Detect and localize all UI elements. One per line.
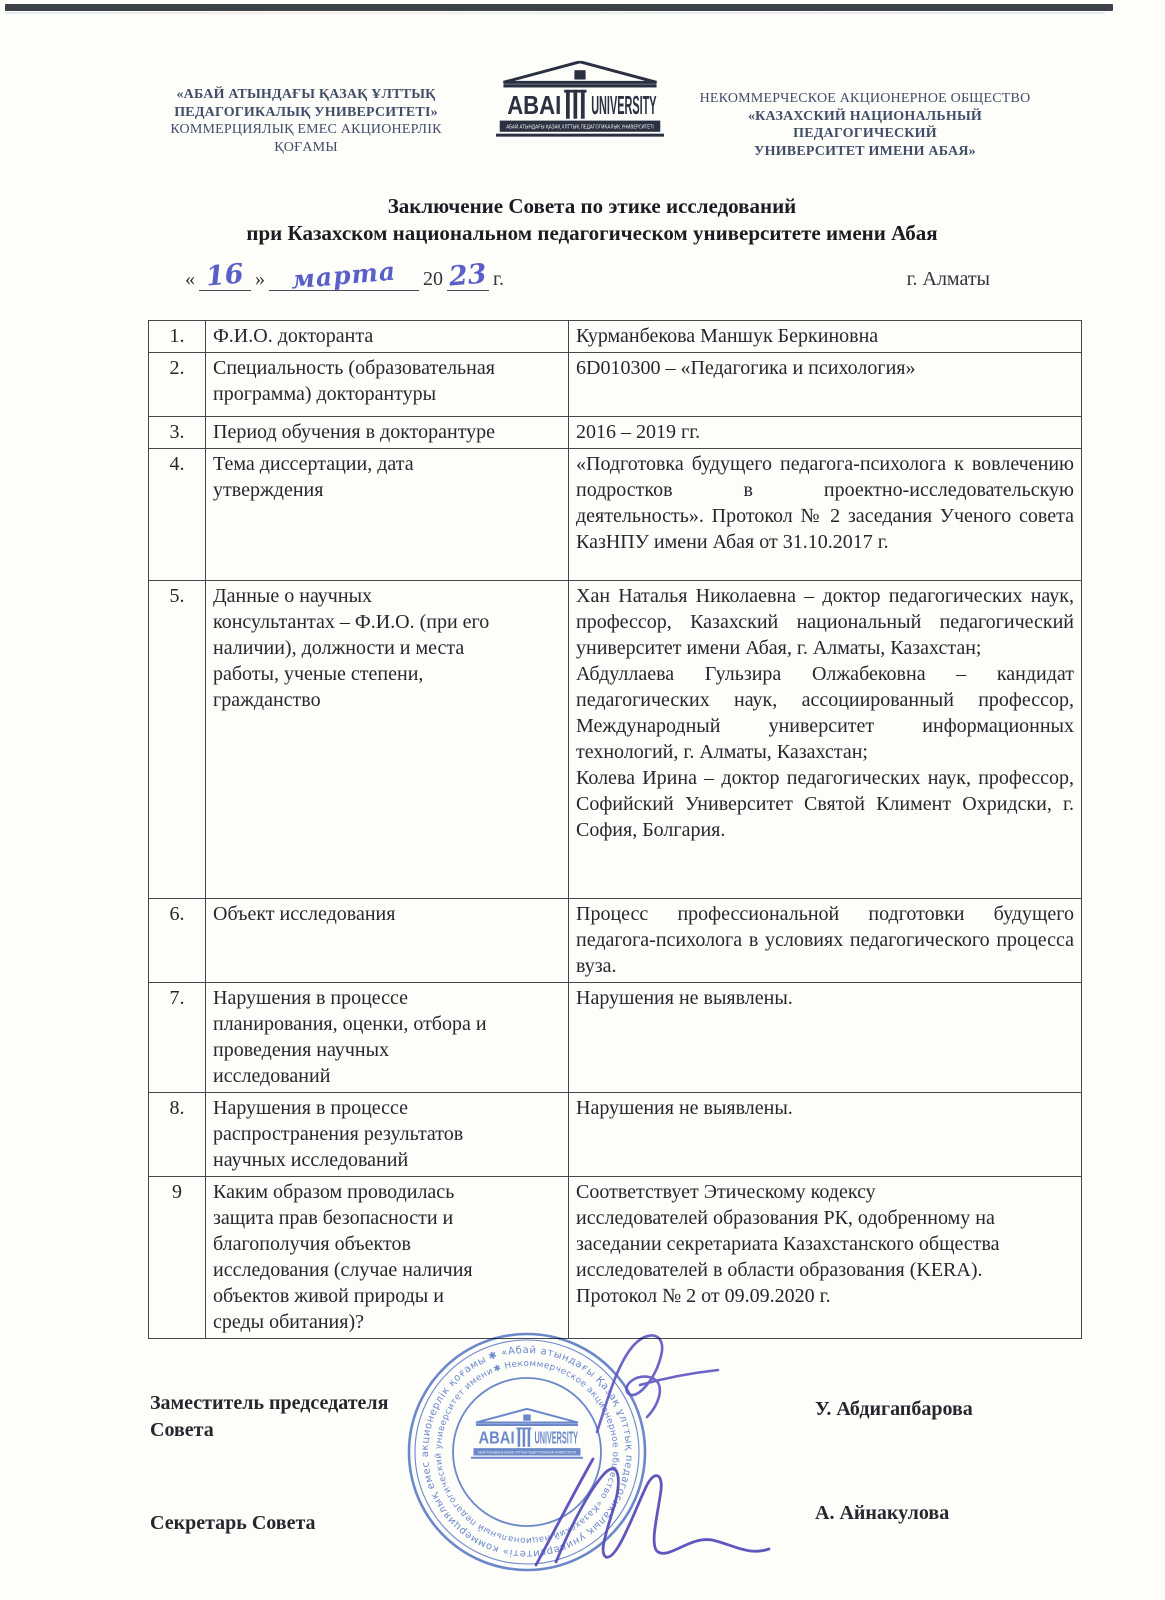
handwritten-month: марта: [291, 261, 397, 290]
university-logo: [496, 60, 664, 142]
row-value-cell: 2016 – 2019 гг.: [569, 417, 1082, 449]
row-number-cell: 8.: [149, 1093, 206, 1177]
date-line: « 16 » марта 20 23 г. г. Алматы: [148, 266, 1036, 291]
org-russian-line3: УНИВЕРСИТЕТ ИМЕНИ АБАЯ»: [692, 143, 1038, 161]
stamp-building-icon: [471, 1409, 583, 1459]
scan-artifact-top-edge: [5, 4, 1113, 11]
deputy-chair-title: Заместитель председателя Совета: [150, 1390, 450, 1444]
org-kazakh-line1: «АБАЙ АТЫНДАҒЫ ҚАЗАҚ ҰЛТТЫҚ: [148, 86, 464, 104]
row-value-cell: Соответствует Этическому кодексу исследо…: [569, 1177, 1082, 1339]
row-number-cell: 4.: [149, 449, 206, 581]
table-row: 4. Тема диссертации, дата утверждения «П…: [149, 449, 1082, 581]
row-label-cell: Каким образом проводилась защита прав бе…: [206, 1177, 569, 1339]
signature-deputy-chair: [597, 1335, 718, 1432]
row-value-cell: Процесс профессиональной подготовки буду…: [569, 899, 1082, 983]
table-row: 5. Данные о научных консультантах – Ф.И.…: [149, 581, 1082, 899]
row-number-cell: 1.: [149, 321, 206, 353]
org-russian-line2: «КАЗАХСКИЙ НАЦИОНАЛЬНЫЙ ПЕДАГОГИЧЕСКИЙ: [692, 108, 1038, 143]
row-label-cell: Период обучения в докторантуре: [206, 417, 569, 449]
svg-text:✱ «Абай атындағы Қазақ ұлттық: ✱ «Абай атындағы Қазақ ұлттық педагогика…: [388, 1313, 667, 1592]
row-number-cell: 6.: [149, 899, 206, 983]
row-value-cell: 6D010300 – «Педагогика и психология»: [569, 353, 1082, 417]
org-name-kazakh: «АБАЙ АТЫНДАҒЫ ҚАЗАҚ ҰЛТТЫҚ ПЕДАГОГИКАЛЫ…: [148, 86, 464, 156]
table-row: 9 Каким образом проводилась защита прав …: [149, 1177, 1082, 1339]
date-left: « 16 » марта 20 23 г.: [185, 266, 504, 291]
handwritten-year: 23: [448, 264, 487, 287]
table-row: 7. Нарушения в процессе планирования, оц…: [149, 983, 1082, 1093]
title-line2: при Казахском национальном педагогическо…: [148, 220, 1036, 247]
date-century: 20: [423, 268, 443, 291]
document-title: Заключение Совета по этике исследований …: [148, 193, 1036, 247]
row-label-cell: Объект исследования: [206, 899, 569, 983]
row-value-cell: Нарушения не выявлены.: [569, 1093, 1082, 1177]
table-row: 1. Ф.И.О. докторанта Курманбекова Маншук…: [149, 321, 1082, 353]
table-row: 3. Период обучения в докторантуре 2016 –…: [149, 417, 1082, 449]
title-line1: Заключение Совета по этике исследований: [148, 193, 1036, 220]
university-building-icon: [496, 60, 664, 142]
org-name-russian: НЕКОММЕРЧЕСКОЕ АКЦИОНЕРНОЕ ОБЩЕСТВО «КАЗ…: [692, 90, 1038, 160]
row-label-cell: Данные о научных консультантах – Ф.И.О. …: [206, 581, 569, 899]
deputy-chair-name: У. Абдигапбарова: [815, 1398, 973, 1421]
round-stamp: ✱ «Абай атындағы Қазақ ұлттық педагогика…: [373, 1298, 680, 1600]
row-label-cell: Нарушения в процессе распространения рез…: [206, 1093, 569, 1177]
org-kazakh-line2: ПЕДАГОГИКАЛЫҚ УНИВЕРСИТЕТІ»: [148, 104, 464, 122]
row-value-cell: Хан Наталья Николаевна – доктор педагоги…: [569, 581, 1082, 899]
signature-secretary: [536, 1459, 769, 1565]
date-year-blank: 23: [447, 266, 489, 291]
table-row: 6. Объект исследования Процесс профессио…: [149, 899, 1082, 983]
row-label-cell: Специальность (образовательная программа…: [206, 353, 569, 417]
org-kazakh-line3: КОММЕРЦИЯЛЫҚ ЕМЕС АКЦИОНЕРЛІК ҚОҒАМЫ: [148, 121, 464, 156]
table-row: 2. Специальность (образовательная програ…: [149, 353, 1082, 417]
row-label-cell: Тема диссертации, дата утверждения: [206, 449, 569, 581]
date-city: г. Алматы: [907, 268, 990, 291]
handwritten-day: 16: [205, 264, 244, 287]
scan-artifact-color-fringe: [5, 12, 1105, 14]
row-number-cell: 5.: [149, 581, 206, 899]
org-russian-line1: НЕКОММЕРЧЕСКОЕ АКЦИОНЕРНОЕ ОБЩЕСТВО: [692, 90, 1038, 108]
stamp-ring-text-outer: ✱ «Абай атындағы Қазақ ұлттық педагогика…: [388, 1313, 667, 1592]
row-value-cell: Курманбекова Маншук Беркиновна: [569, 321, 1082, 353]
secretary-name: А. Айнакулова: [815, 1502, 949, 1525]
row-value-cell: Нарушения не выявлены.: [569, 983, 1082, 1093]
row-value-cell: «Подготовка будущего педагога-психолога …: [569, 449, 1082, 581]
row-label-cell: Ф.И.О. докторанта: [206, 321, 569, 353]
close-quote: »: [255, 268, 265, 291]
document-page: «АБАЙ АТЫНДАҒЫ ҚАЗАҚ ҰЛТТЫҚ ПЕДАГОГИКАЛЫ…: [0, 0, 1165, 1600]
date-month-blank: марта: [269, 266, 419, 291]
date-day-blank: 16: [199, 266, 251, 291]
open-quote: «: [185, 268, 195, 291]
ethics-conclusion-table: 1. Ф.И.О. докторанта Курманбекова Маншук…: [148, 320, 1082, 1339]
row-number-cell: 3.: [149, 417, 206, 449]
row-number-cell: 9: [149, 1177, 206, 1339]
row-number-cell: 7.: [149, 983, 206, 1093]
secretary-title: Секретарь Совета: [150, 1510, 470, 1537]
table-row: 8. Нарушения в процессе распространения …: [149, 1093, 1082, 1177]
row-label-cell: Нарушения в процессе планирования, оценк…: [206, 983, 569, 1093]
date-year-suffix: г.: [493, 268, 504, 291]
row-number-cell: 2.: [149, 353, 206, 417]
